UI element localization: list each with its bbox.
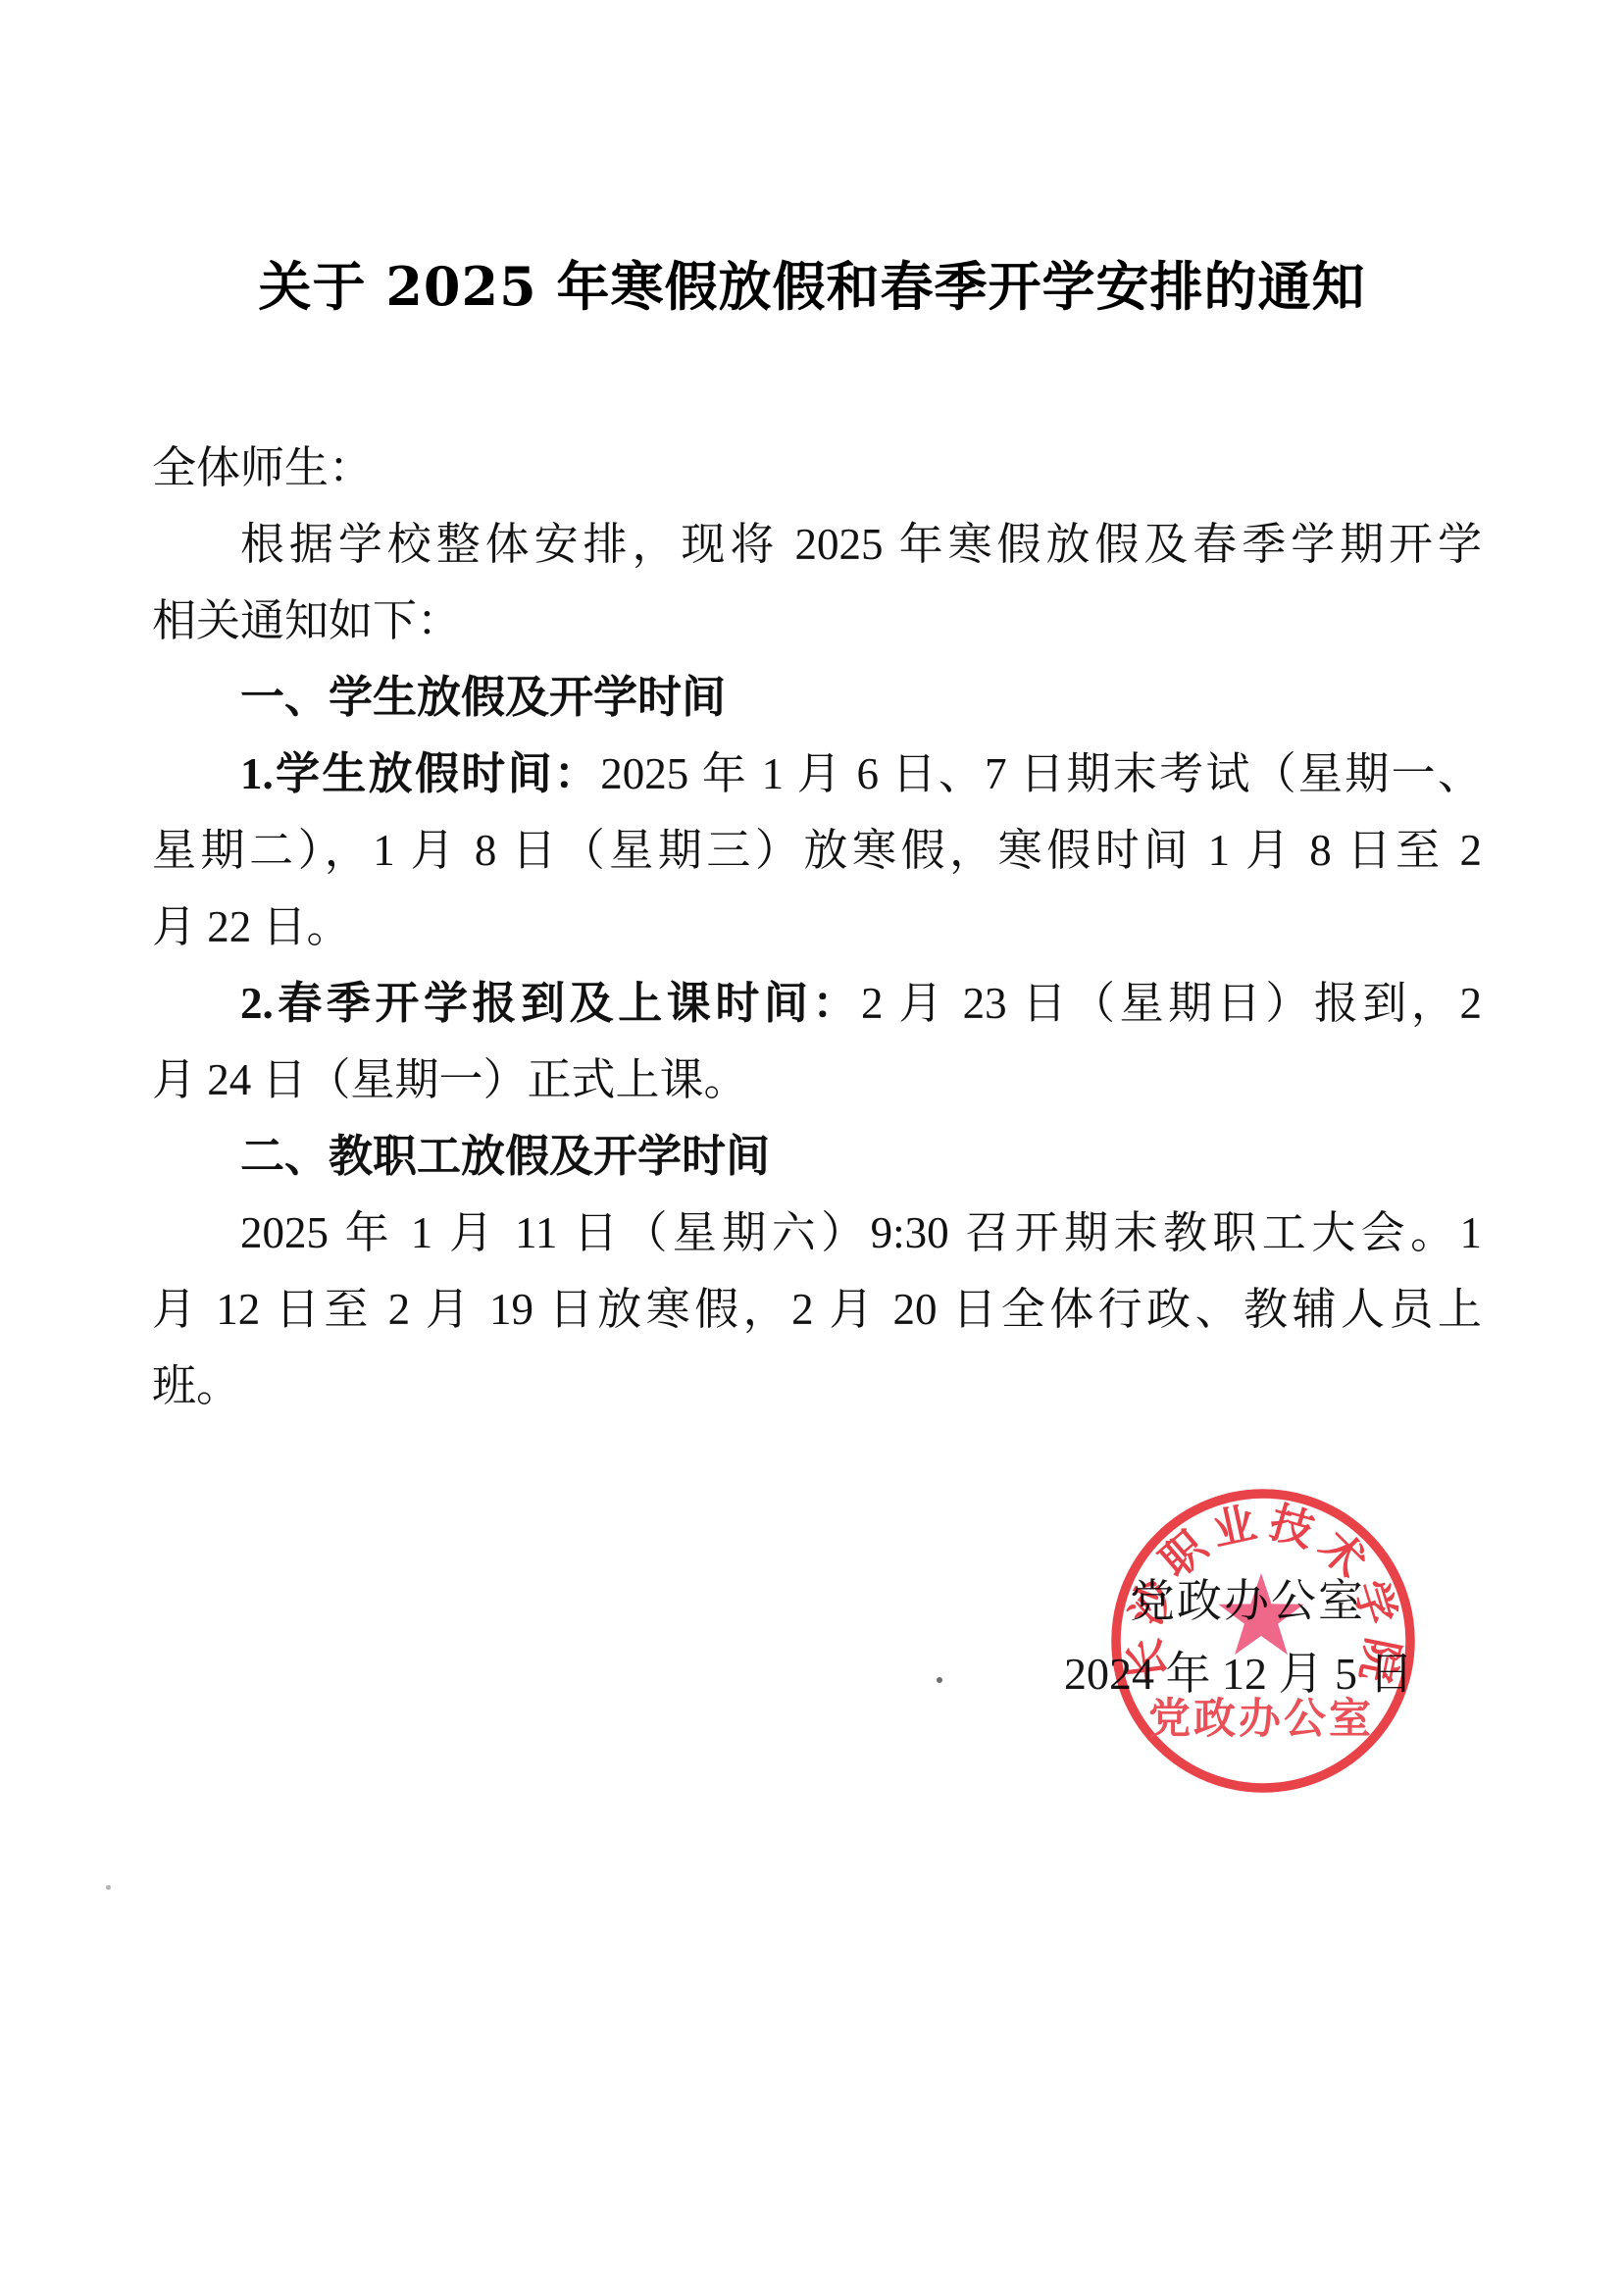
line-text-segment: 全体师生： bbox=[152, 443, 373, 492]
official-seal: 长沙职业技术学院 党政办公室 bbox=[1105, 1483, 1421, 1799]
scan-speck bbox=[106, 1885, 111, 1890]
text-line: 星期二），1 月 8 日（星期三）放寒假，寒假时间 1 月 8 日至 2 bbox=[152, 812, 1482, 889]
line-text-segment: 月 12 日至 2 月 19 日放寒假，2 月 20 日全体行政、教辅人员上 bbox=[152, 1285, 1482, 1334]
document-body: 全体师生： 根据学校整体安排，现将 2025 年寒假放假及春季学期开学 相关通知… bbox=[152, 430, 1482, 1424]
line-text-segment: 根据学校整体安排，现将 2025 年寒假放假及春季学期开学 bbox=[240, 520, 1482, 569]
line-text-segment: 2025 年 1 月 11 日（星期六）9:30 召开期末教职工大会。1 bbox=[240, 1208, 1482, 1257]
text-line: 全体师生： bbox=[152, 430, 1482, 506]
text-line: 月 22 日。 bbox=[152, 889, 1482, 965]
scan-speck bbox=[937, 1677, 942, 1683]
signature-office: 党政办公室 bbox=[1130, 1573, 1365, 1630]
text-line: 月 24 日（星期一）正式上课。 bbox=[152, 1042, 1482, 1118]
line-text-segment: 班。 bbox=[152, 1361, 240, 1410]
text-line: 月 12 日至 2 月 19 日放寒假，2 月 20 日全体行政、教辅人员上 bbox=[152, 1271, 1482, 1348]
scanned-notice-page: 关于 2025 年寒假放假和春季开学安排的通知 全体师生： 根据学校整体安排，现… bbox=[0, 0, 1624, 2294]
section-heading: 一、学生放假及开学时间 bbox=[152, 659, 1482, 736]
line-text-segment: 2 月 23 日（星期日）报到，2 bbox=[861, 979, 1482, 1028]
line-text-segment: 星期二），1 月 8 日（星期三）放寒假，寒假时间 1 月 8 日至 2 bbox=[152, 826, 1482, 875]
text-line: 2.春季开学报到及上课时间：2 月 23 日（星期日）报到，2 bbox=[152, 965, 1482, 1042]
text-line: 相关通知如下： bbox=[152, 583, 1482, 659]
page-title: 关于 2025 年寒假放假和春季开学安排的通知 bbox=[147, 245, 1477, 321]
line-text-segment: 2025 年 1 月 6 日、7 日期末考试（星期一、 bbox=[600, 749, 1482, 798]
seal-banner-text: 党政办公室 bbox=[1148, 1696, 1374, 1743]
line-bold-segment: 1.学生放假时间： bbox=[240, 749, 600, 798]
text-line: 班。 bbox=[152, 1348, 1482, 1424]
text-line: 根据学校整体安排，现将 2025 年寒假放假及春季学期开学 bbox=[152, 506, 1482, 583]
signature-date: 2024 年 12 月 5 日 bbox=[1064, 1646, 1414, 1703]
line-text-segment: 相关通知如下： bbox=[152, 596, 461, 645]
line-text-segment: 月 24 日（星期一）正式上课。 bbox=[152, 1055, 748, 1104]
line-bold-segment: 二、教职工放假及开学时间 bbox=[240, 1132, 770, 1181]
line-bold-segment: 一、学生放假及开学时间 bbox=[240, 673, 726, 722]
line-text-segment: 月 22 日。 bbox=[152, 902, 351, 951]
text-line: 1.学生放假时间：2025 年 1 月 6 日、7 日期末考试（星期一、 bbox=[152, 736, 1482, 812]
section-heading: 二、教职工放假及开学时间 bbox=[152, 1118, 1482, 1195]
line-bold-segment: 2.春季开学报到及上课时间： bbox=[240, 979, 861, 1028]
text-line: 2025 年 1 月 11 日（星期六）9:30 召开期末教职工大会。1 bbox=[152, 1195, 1482, 1271]
